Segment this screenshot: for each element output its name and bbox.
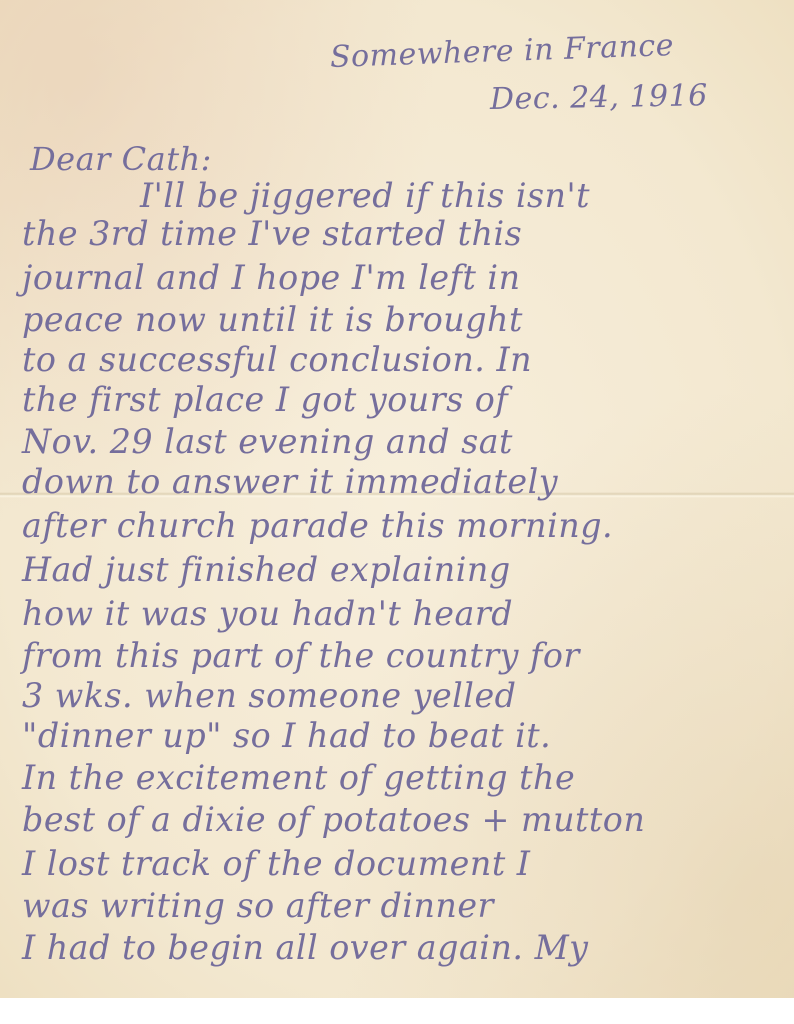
letter-line: the 3rd time I've started this [22, 214, 522, 254]
letter-line: journal and I hope I'm left in [22, 258, 521, 298]
letter-line: the first place I got yours of [22, 380, 508, 420]
letter-line: 3 wks. when someone yelled [22, 676, 516, 716]
letter-line: "dinner up" so I had to beat it. [22, 716, 551, 756]
letter-line: was writing so after dinner [22, 886, 494, 926]
letter-line: peace now until it is brought [22, 300, 523, 340]
letter-line: down to answer it immediately [22, 462, 558, 502]
letter-line: to a successful conclusion. In [22, 340, 532, 380]
letter-line: best of a dixie of potatoes + mutton [22, 800, 645, 840]
letter-line: how it was you hadn't heard [22, 594, 513, 634]
letter-line: after church parade this morning. [22, 506, 613, 546]
scan-margin [0, 998, 794, 1024]
letter-place: Somewhere in France [329, 28, 674, 75]
letter-line: I lost track of the document I [22, 844, 530, 884]
letter-page: Somewhere in France Dec. 24, 1916 Dear C… [0, 0, 794, 999]
letter-line: I'll be jiggered if this isn't [140, 176, 590, 216]
letter-line: from this part of the country for [22, 636, 580, 676]
letter-date: Dec. 24, 1916 [490, 78, 708, 117]
letter-line: I had to begin all over again. My [22, 928, 589, 968]
letter-salutation: Dear Cath: [30, 140, 212, 178]
letter-line: Nov. 29 last evening and sat [22, 422, 513, 462]
letter-line: In the excitement of getting the [22, 758, 575, 798]
letter-line: Had just finished explaining [22, 550, 511, 590]
